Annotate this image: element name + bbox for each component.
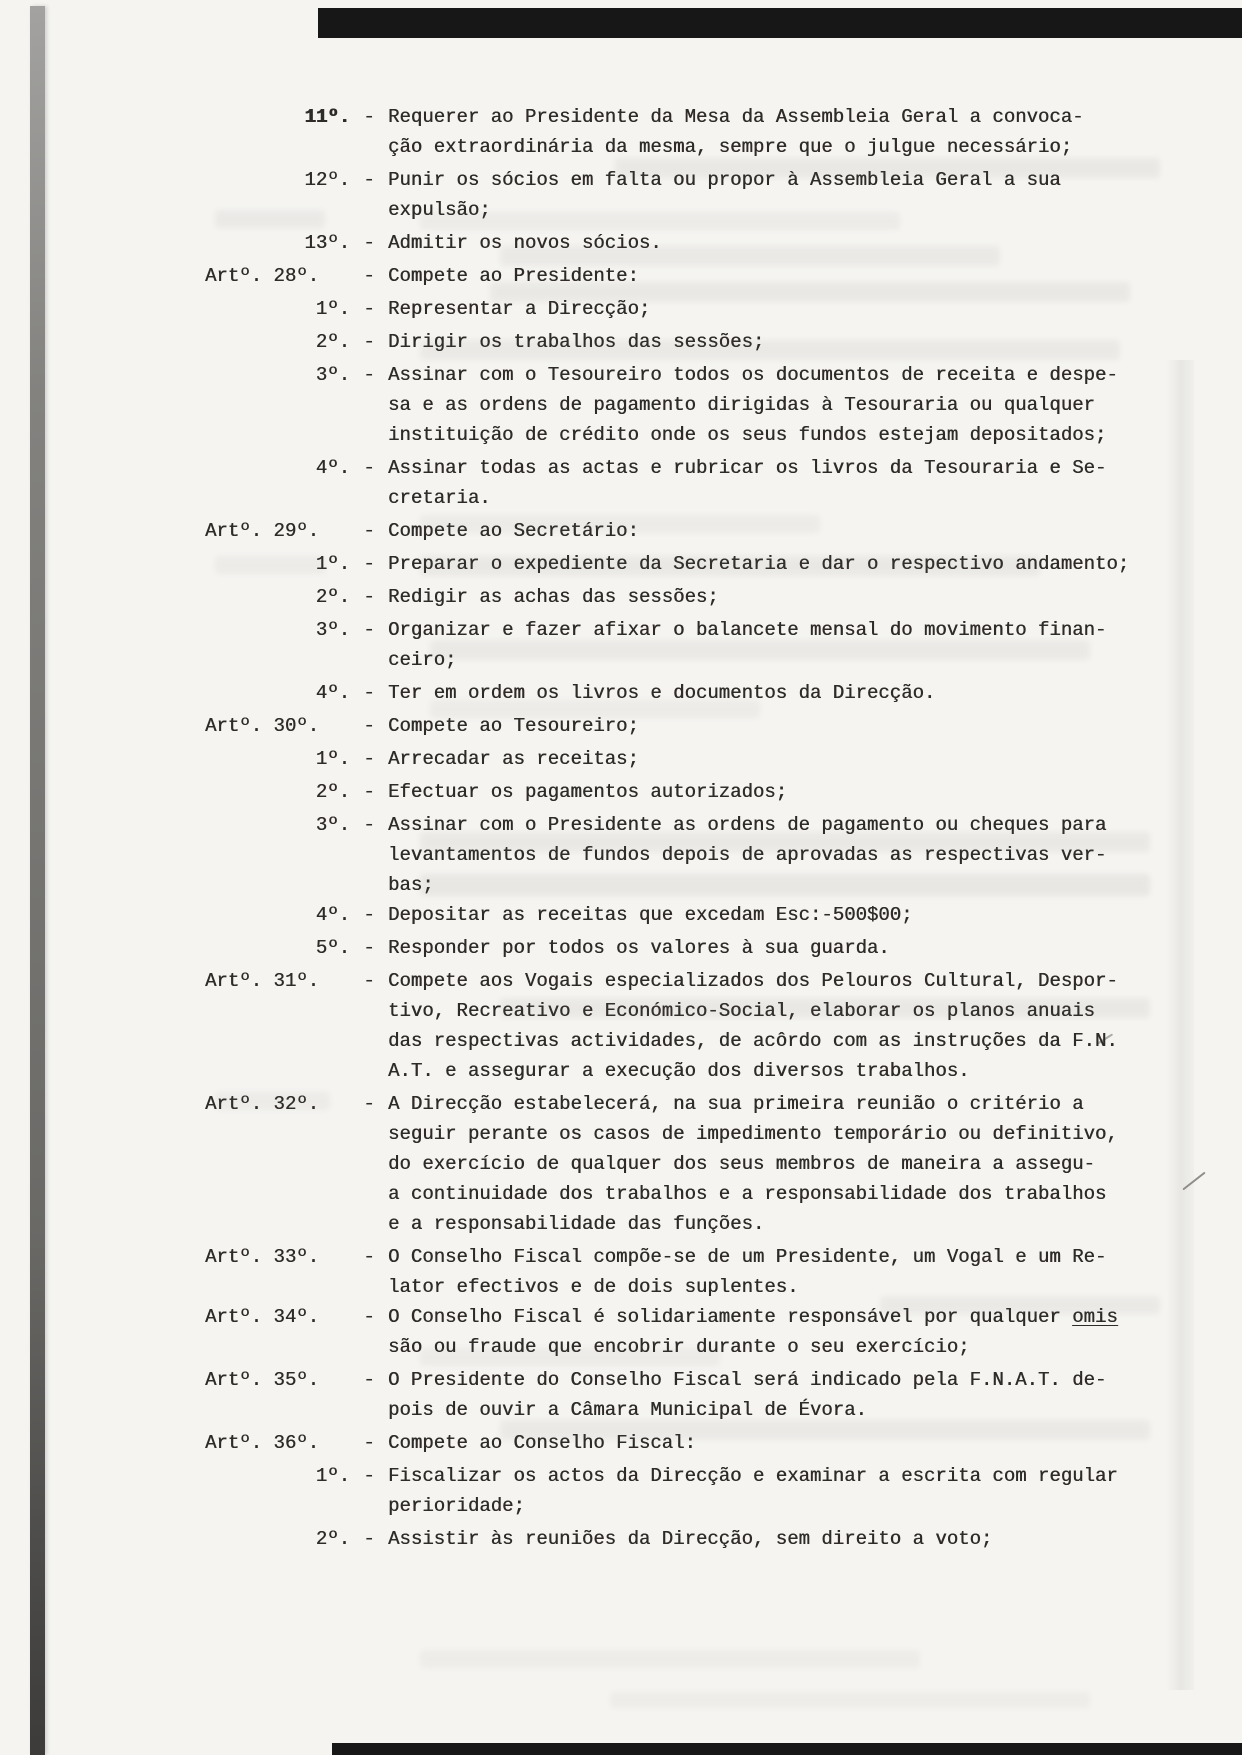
art30-item-3-dash: - [350,810,388,900]
art36-item-1-text: Fiscalizar os actos da Direcção e examin… [388,1461,1150,1521]
article-34-dash: - [350,1302,388,1362]
article-36-label: Artº. 36º. [205,1428,350,1458]
ink-bleed-smudge [610,1692,1090,1708]
art30-item-1-dash: - [350,744,388,774]
article-35-dash: - [350,1365,388,1425]
article-30-label: Artº. 30º. [205,711,350,741]
art30-item-2-dash: - [350,777,388,807]
art28-item-4: 4º.-Assinar todas as actas e rubricar os… [205,453,1150,513]
item-11: 11º.-Requerer ao Presidente da Mesa da A… [205,102,1150,162]
article-33: Artº. 33º.-O Conselho Fiscal compõe-se d… [205,1242,1150,1302]
art29-item-2-label: 2º. [205,582,350,612]
art30-item-4-dash: - [350,900,388,930]
article-35: Artº. 35º.-O Presidente do Conselho Fisc… [205,1365,1150,1425]
article-28-dash: - [350,261,388,291]
article-31-label: Artº. 31º. [205,966,350,1086]
art30-item-3: 3º.-Assinar com o Presidente as ordens d… [205,810,1150,900]
art28-item-4-text: Assinar todas as actas e rubricar os liv… [388,453,1150,513]
art30-item-2-text: Efectuar os pagamentos autorizados; [388,777,1150,807]
art28-item-4-dash: - [350,453,388,513]
art28-item-4-label: 4º. [205,453,350,513]
item-11-label: 11º. [205,102,350,162]
art30-item-4: 4º.-Depositar as receitas que excedam Es… [205,900,1150,930]
art30-item-4-label: 4º. [205,900,350,930]
art29-item-2-dash: - [350,582,388,612]
art36-item-1-label: 1º. [205,1461,350,1521]
item-13: 13º.-Admitir os novos sócios. [205,228,1150,258]
art28-item-3-text: Assinar com o Tesoureiro todos os docume… [388,360,1150,450]
article-34-text: O Conselho Fiscal é solidariamente respo… [388,1302,1150,1362]
document-text: 11º.-Requerer ao Presidente da Mesa da A… [205,102,1150,1554]
article-30-text: Compete ao Tesoureiro; [388,711,1150,741]
art29-item-4-text: Ter em ordem os livros e documentos da D… [388,678,1150,708]
item-11-dash: - [350,102,388,162]
art29-item-2: 2º.-Redigir as achas das sessões; [205,582,1150,612]
item-12: 12º.-Punir os sócios em falta ou propor … [205,165,1150,225]
ink-bleed-smudge [420,1650,920,1668]
art36-item-1-dash: - [350,1461,388,1521]
art30-item-1: 1º.-Arrecadar as receitas; [205,744,1150,774]
art29-item-3-text: Organizar e fazer afixar o balancete men… [388,615,1150,675]
art30-item-1-text: Arrecadar as receitas; [388,744,1150,774]
art28-item-3-label: 3º. [205,360,350,450]
art28-item-1: 1º.-Representar a Direcção; [205,294,1150,324]
art29-item-1-text: Preparar o expediente da Secretaria e da… [388,549,1150,579]
art29-item-3-label: 3º. [205,615,350,675]
art30-item-5: 5º.-Responder por todos os valores à sua… [205,933,1150,963]
article-29-dash: - [350,516,388,546]
art36-item-1: 1º.-Fiscalizar os actos da Direcção e ex… [205,1461,1150,1521]
page-edge-shadow [1166,360,1194,1690]
article-36: Artº. 36º.-Compete ao Conselho Fiscal: [205,1428,1150,1458]
art30-item-5-label: 5º. [205,933,350,963]
art28-item-3-dash: - [350,360,388,450]
art36-item-2-dash: - [350,1524,388,1554]
art30-item-1-label: 1º. [205,744,350,774]
article-35-label: Artº. 35º. [205,1365,350,1425]
art28-item-2-label: 2º. [205,327,350,357]
art30-item-5-text: Responder por todos os valores à sua gua… [388,933,1150,963]
article-30: Artº. 30º.-Compete ao Tesoureiro; [205,711,1150,741]
item-12-dash: - [350,165,388,225]
scan-edge-top-bar [318,8,1242,38]
art28-item-2-text: Dirigir os trabalhos das sessões; [388,327,1150,357]
article-32: Artº. 32º.-A Direcção estabelecerá, na s… [205,1089,1150,1239]
item-13-dash: - [350,228,388,258]
article-36-text: Compete ao Conselho Fiscal: [388,1428,1150,1458]
article-31-text: Compete aos Vogais especializados dos Pe… [388,966,1150,1086]
art30-item-3-text: Assinar com o Presidente as ordens de pa… [388,810,1150,900]
article-36-dash: - [350,1428,388,1458]
article-31-dash: - [350,966,388,1086]
art30-item-3-label: 3º. [205,810,350,900]
art28-item-2-dash: - [350,327,388,357]
art29-item-1-dash: - [350,549,388,579]
item-12-text: Punir os sócios em falta ou propor à Ass… [388,165,1150,225]
article-29-text: Compete ao Secretário: [388,516,1150,546]
art28-item-3: 3º.-Assinar com o Tesoureiro todos os do… [205,360,1150,450]
article-29-label: Artº. 29º. [205,516,350,546]
art28-item-1-dash: - [350,294,388,324]
article-34: Artº. 34º.-O Conselho Fiscal é solidaria… [205,1302,1150,1362]
article-35-text: O Presidente do Conselho Fiscal será ind… [388,1365,1150,1425]
art28-item-1-label: 1º. [205,294,350,324]
art29-item-4: 4º.-Ter em ordem os livros e documentos … [205,678,1150,708]
article-32-dash: - [350,1089,388,1239]
article-32-label: Artº. 32º. [205,1089,350,1239]
article-28-label: Artº. 28º. [205,261,350,291]
art36-item-2: 2º.-Assistir às reuniões da Direcção, se… [205,1524,1150,1554]
article-33-label: Artº. 33º. [205,1242,350,1302]
art29-item-3: 3º.-Organizar e fazer afixar o balancete… [205,615,1150,675]
item-13-text: Admitir os novos sócios. [388,228,1150,258]
art29-item-4-dash: - [350,678,388,708]
article-34-label: Artº. 34º. [205,1302,350,1362]
article-31: Artº. 31º.-Compete aos Vogais especializ… [205,966,1150,1086]
art28-item-1-text: Representar a Direcção; [388,294,1150,324]
article-32-text: A Direcção estabelecerá, na sua primeira… [388,1089,1150,1239]
art29-item-4-label: 4º. [205,678,350,708]
scanned-document-page: 11º.-Requerer ao Presidente da Mesa da A… [0,0,1242,1755]
art29-item-2-text: Redigir as achas das sessões; [388,582,1150,612]
article-29: Artº. 29º.-Compete ao Secretário: [205,516,1150,546]
article-33-dash: - [350,1242,388,1302]
item-11-text: Requerer ao Presidente da Mesa da Assemb… [388,102,1150,162]
art29-item-1-label: 1º. [205,549,350,579]
art36-item-2-text: Assistir às reuniões da Direcção, sem di… [388,1524,1150,1554]
art28-item-2: 2º.-Dirigir os trabalhos das sessões; [205,327,1150,357]
item-12-label: 12º. [205,165,350,225]
art36-item-2-label: 2º. [205,1524,350,1554]
art29-item-3-dash: - [350,615,388,675]
article-28: Artº. 28º.-Compete ao Presidente: [205,261,1150,291]
art30-item-4-text: Depositar as receitas que excedam Esc:-5… [388,900,1150,930]
article-28-text: Compete ao Presidente: [388,261,1150,291]
art30-item-2-label: 2º. [205,777,350,807]
binding-strip [30,6,45,1755]
art30-item-5-dash: - [350,933,388,963]
art30-item-2: 2º.-Efectuar os pagamentos autorizados; [205,777,1150,807]
scan-edge-bottom-bar [332,1743,1242,1755]
item-13-label: 13º. [205,228,350,258]
article-30-dash: - [350,711,388,741]
art29-item-1: 1º.-Preparar o expediente da Secretaria … [205,549,1150,579]
article-33-text: O Conselho Fiscal compõe-se de um Presid… [388,1242,1150,1302]
